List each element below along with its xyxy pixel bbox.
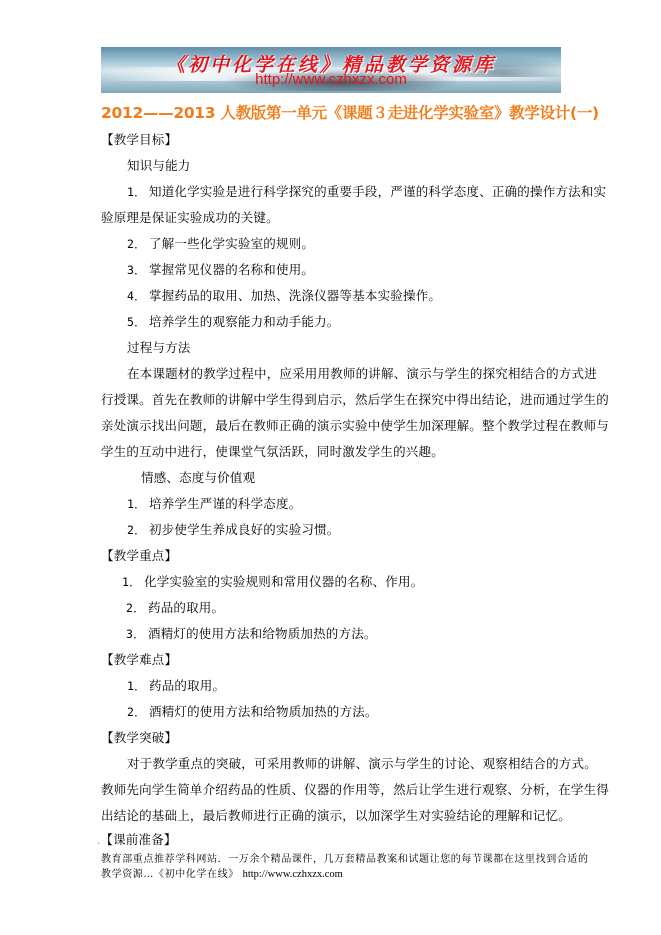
- item-text: 酒精灯的使用方法和给物质加热的方法。: [149, 704, 378, 719]
- item-number: 2．: [127, 704, 149, 720]
- document-page: 《初中化学在线》精品教学资源库 http://www.czhxzx.com 20…: [0, 0, 661, 935]
- list-item: 1．培养学生严谨的科学态度。: [127, 496, 301, 512]
- list-item: 1．化学实验室的实验规则和常用仪器的名称、作用。: [122, 574, 423, 590]
- item-text: 药品的取用。: [149, 678, 225, 693]
- list-item: 2．初步使学生养成良好的实验习惯。: [127, 522, 340, 538]
- list-item: 4．掌握药品的取用、加热、洗涤仪器等基本实验操作。: [127, 288, 441, 304]
- paragraph-line: 出结论的基础上，最后教师进行正确的演示，以加深学生对实验结论的理解和记忆。: [101, 808, 571, 824]
- list-item: 3．掌握常见仪器的名称和使用。: [127, 262, 314, 278]
- paragraph-line: 亲处演示找出问题，最后在教师正确的演示实验中使学生加深理解。整个教学过程在教师与: [101, 418, 609, 434]
- section-heading-difficulties: 【教学难点】: [101, 652, 177, 668]
- section-heading-objectives: 【教学目标】: [101, 132, 177, 148]
- banner-url: http://www.czhxzx.com: [101, 71, 561, 88]
- item-text: 药品的取用。: [148, 600, 224, 615]
- subsection-heading-knowledge: 知识与能力: [127, 158, 191, 174]
- list-item-continuation: 验原理是保证实验成功的关键。: [101, 210, 279, 226]
- item-text: 初步使学生养成良好的实验习惯。: [149, 522, 340, 537]
- item-text: 掌握常见仪器的名称和使用。: [149, 262, 314, 277]
- footer-promo-line: 教学资源…《初中化学在线》 http://www.czhxzx.com: [101, 868, 343, 881]
- item-number: 1．: [127, 184, 149, 200]
- list-item: 2．药品的取用。: [126, 600, 224, 616]
- list-item: 5．培养学生的观察能力和动手能力。: [127, 314, 340, 330]
- item-text: 培养学生严谨的科学态度。: [149, 496, 301, 511]
- item-number: 2．: [127, 236, 149, 252]
- footer-promo-line: 教育部重点推荐学科网站．一万余个精品课件，几万套精品教案和试题让您的每节课都在这…: [101, 853, 589, 866]
- item-number: 2．: [127, 522, 149, 538]
- paragraph-line: 学生的互动中进行，使课堂气氛活跃，同时激发学生的兴趣。: [101, 444, 444, 460]
- section-heading-text: 【课前准备】: [100, 832, 176, 847]
- item-text: 知道化学实验是进行科学探究的重要手段，严谨的科学态度、正确的操作方法和实: [149, 184, 606, 199]
- list-item: 1．药品的取用。: [127, 678, 225, 694]
- footer-promo-text: 教学资源…《初中化学在线》: [101, 869, 239, 880]
- item-text: 了解一些化学实验室的规则。: [149, 236, 314, 251]
- paragraph-line: 行授课。首先在教师的讲解中学生得到启示，然后学生在探究中得出结论，进而通过学生的: [101, 392, 609, 408]
- footer-link[interactable]: http://www.czhxzx.com: [243, 869, 343, 880]
- document-title: 2012——2013 人教版第一单元《课题３走进化学实验室》教学设计(一): [101, 101, 571, 123]
- section-heading-key-points: 【教学重点】: [101, 548, 177, 564]
- item-number: 1．: [127, 496, 149, 512]
- paragraph-line: 对于教学重点的突破，可采用教师的讲解、演示与学生的讨论、观察相结合的方式。: [127, 756, 597, 772]
- list-item: 2．酒精灯的使用方法和给物质加热的方法。: [127, 704, 378, 720]
- item-number: 4．: [127, 288, 149, 304]
- item-number: 3．: [126, 626, 148, 642]
- paragraph-line: 在本课题材的教学过程中，应采用用教师的讲解、演示与学生的探究相结合的方式进: [127, 366, 597, 382]
- list-item: 3．酒精灯的使用方法和给物质加热的方法。: [126, 626, 377, 642]
- site-banner: 《初中化学在线》精品教学资源库 http://www.czhxzx.com: [101, 47, 561, 93]
- item-number: 1．: [122, 574, 144, 590]
- subsection-heading-attitude: 情感、态度与价值观: [141, 470, 255, 486]
- item-number: 2．: [126, 600, 148, 616]
- item-text: 化学实验室的实验规则和常用仪器的名称、作用。: [144, 574, 423, 589]
- subsection-heading-process: 过程与方法: [127, 340, 191, 356]
- item-text: 酒精灯的使用方法和给物质加热的方法。: [148, 626, 377, 641]
- item-text: 培养学生的观察能力和动手能力。: [149, 314, 340, 329]
- section-heading-breakthrough: 【教学突破】: [101, 730, 177, 746]
- paragraph-line: 教师先向学生简单介绍药品的性质、仪器的作用等，然后让学生进行观察、分析，在学生得: [101, 782, 609, 798]
- item-number: 1．: [127, 678, 149, 694]
- item-number: 5．: [127, 314, 149, 330]
- list-item: 1．知道化学实验是进行科学探究的重要手段，严谨的科学态度、正确的操作方法和实: [127, 184, 606, 200]
- list-item: 2．了解一些化学实验室的规则。: [127, 236, 314, 252]
- section-heading-preparation: .【课前准备】: [97, 832, 177, 850]
- item-number: 3．: [127, 262, 149, 278]
- item-text: 掌握药品的取用、加热、洗涤仪器等基本实验操作。: [149, 288, 441, 303]
